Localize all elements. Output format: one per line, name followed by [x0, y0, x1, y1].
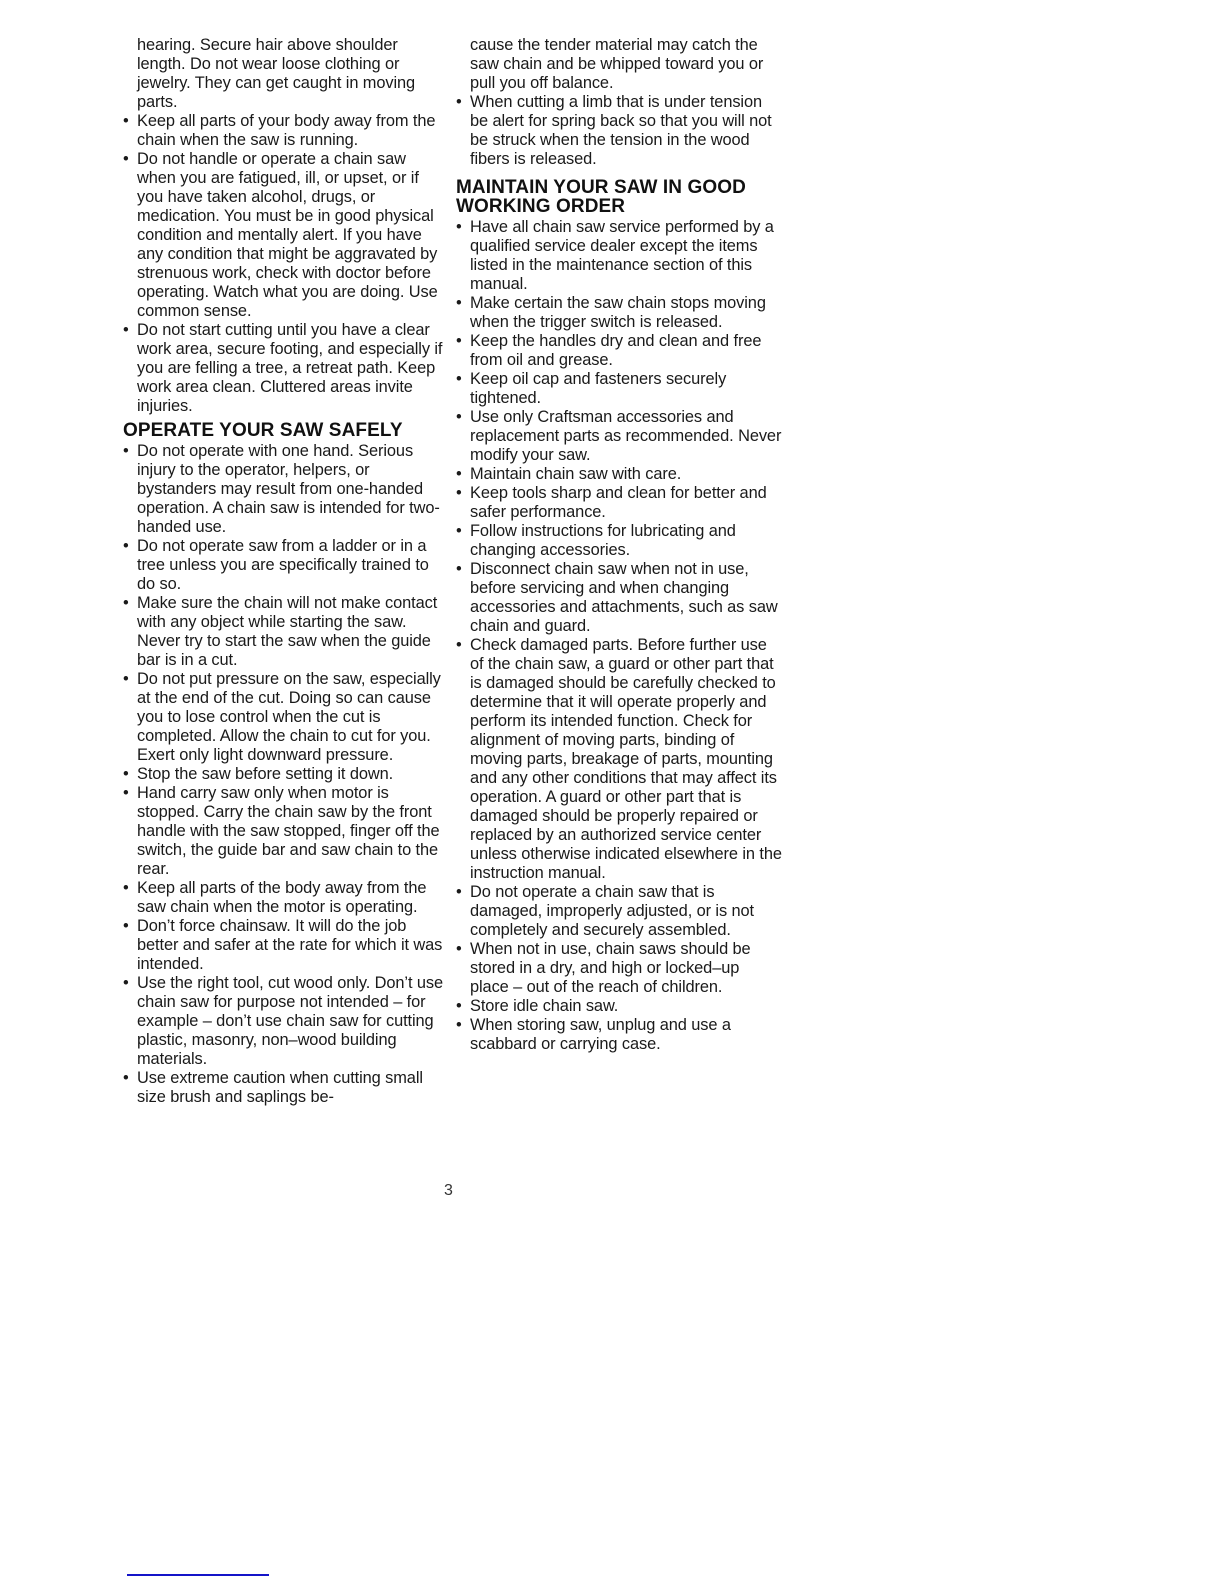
- list-item: When storing saw, unplug and use a scabb…: [470, 1016, 782, 1054]
- right-column: cause the tender material may catch the …: [470, 36, 782, 1054]
- maintain-saw-bullet-list: Have all chain saw service performed by …: [470, 218, 782, 1054]
- list-item: Do not operate a chain saw that is damag…: [470, 883, 782, 940]
- list-item: When not in use, chain saws should be st…: [470, 940, 782, 997]
- list-item: Use only Craftsman accessories and repla…: [470, 408, 782, 465]
- list-item: Keep all parts of the body away from the…: [137, 879, 447, 917]
- list-item: Make sure the chain will not make contac…: [137, 594, 447, 670]
- page-number: 3: [444, 1182, 453, 1200]
- list-item: Make certain the saw chain stops moving …: [470, 294, 782, 332]
- continued-bullet-list: When cutting a limb that is under tensio…: [470, 93, 782, 169]
- list-item: Maintain chain saw with care.: [470, 465, 782, 484]
- list-item: When cutting a limb that is under tensio…: [470, 93, 782, 169]
- list-item: Use extreme caution when cutting small s…: [137, 1069, 447, 1107]
- continued-paragraph: cause the tender material may catch the …: [470, 36, 782, 93]
- list-item: Keep tools sharp and clean for better an…: [470, 484, 782, 522]
- list-item: Use the right tool, cut wood only. Don’t…: [137, 974, 447, 1069]
- list-item: Follow instructions for lubricating and …: [470, 522, 782, 560]
- list-item: Do not put pressure on the saw, especial…: [137, 670, 447, 765]
- list-item: Keep oil cap and fasteners securely tigh…: [470, 370, 782, 408]
- list-item: Hand carry saw only when motor is stoppe…: [137, 784, 447, 879]
- section-heading-operate-safely: OPERATE YOUR SAW SAFELY: [123, 421, 447, 440]
- list-item: Have all chain saw service performed by …: [470, 218, 782, 294]
- list-item: Do not operate with one hand. Serious in…: [137, 442, 447, 537]
- list-item: Do not handle or operate a chain saw whe…: [137, 150, 447, 321]
- intro-paragraph: hearing. Secure hair above shoulder leng…: [137, 36, 447, 112]
- list-item: Stop the saw before setting it down.: [137, 765, 447, 784]
- list-item: Store idle chain saw.: [470, 997, 782, 1016]
- left-column: hearing. Secure hair above shoulder leng…: [137, 36, 447, 1107]
- list-item: Keep all parts of your body away from th…: [137, 112, 447, 150]
- footer-link-underline[interactable]: [127, 1574, 269, 1576]
- list-item: Keep the handles dry and clean and free …: [470, 332, 782, 370]
- intro-bullet-list: Keep all parts of your body away from th…: [137, 112, 447, 416]
- list-item: Disconnect chain saw when not in use, be…: [470, 560, 782, 636]
- list-item: Do not operate saw from a ladder or in a…: [137, 537, 447, 594]
- list-item: Don’t force chainsaw. It will do the job…: [137, 917, 447, 974]
- section-heading-maintain-saw: MAINTAIN YOUR SAW IN GOOD WORKING ORDER: [456, 178, 782, 216]
- list-item: Do not start cutting until you have a cl…: [137, 321, 447, 416]
- operate-safely-bullet-list: Do not operate with one hand. Serious in…: [137, 442, 447, 1107]
- list-item: Check damaged parts. Before further use …: [470, 636, 782, 883]
